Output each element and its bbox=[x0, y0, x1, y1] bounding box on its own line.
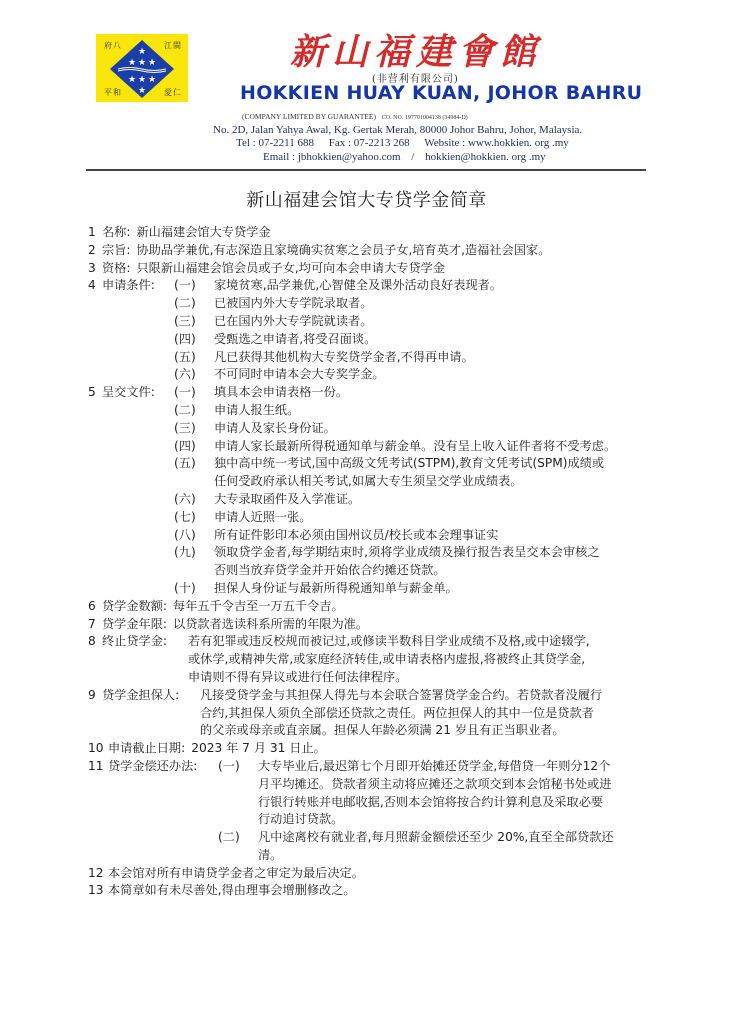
section-text: 每年五千令吉至一万五千令吉。 bbox=[173, 598, 344, 616]
item-marker: (四) bbox=[174, 331, 214, 349]
svg-text:★: ★ bbox=[138, 86, 146, 96]
item-text: 大专录取函件及入学准证。 bbox=[214, 491, 360, 509]
section-label: 名称: bbox=[102, 224, 130, 242]
section-number: 8 bbox=[88, 633, 102, 686]
list-item: (五)独中高中统一考试,国中高级文凭考试(STPM),教育文凭考试(SPM)成绩… bbox=[174, 455, 616, 491]
list-item: (二)申请人报生纸。 bbox=[174, 402, 616, 420]
document-page: ★ ★★★ ★★★ ★ 府八 江閩 平和 愛仁 新山福建會館 (非营利有限公司)… bbox=[0, 0, 733, 1024]
section-number: 3 bbox=[88, 260, 102, 278]
section-text: 协助品学兼优,有志深造且家境确实贫寒之会员子女,培育英才,造福社会国家。 bbox=[136, 242, 550, 260]
section-label: 贷学金数额: bbox=[102, 598, 167, 616]
item-text: 家境贫寒,品学兼优,心智健全及课外活动良好表现者。 bbox=[214, 277, 502, 295]
item-text: 担保人身份证与最新所得税通知单与薪金单。 bbox=[214, 580, 458, 598]
list-item: (一) 大专毕业后,最迟第七个月即开始摊还贷学金,每借贷一年则分12个 月平均摊… bbox=[218, 758, 614, 829]
item-text-continued: 否则当放弃贷学金并开始依合约摊还贷款。 bbox=[214, 562, 600, 580]
logo-corner-text: 府八 bbox=[104, 40, 122, 51]
section-text: 以贷款者选读科系所需的年限为准。 bbox=[173, 616, 368, 634]
item-text: 已在国内外大专学院就读者。 bbox=[214, 313, 372, 331]
item-text: 申请人家长最新所得税通知单与薪金单。没有呈上收入证件者将不受考虑。 bbox=[214, 438, 616, 456]
text-line: 申请则不得有异议或进行任何法律程序。 bbox=[188, 669, 590, 687]
section-label: 申请条件: bbox=[102, 277, 174, 384]
section-items: (一) 大专毕业后,最迟第七个月即开始摊还贷学金,每借贷一年则分12个 月平均摊… bbox=[218, 758, 614, 865]
item-text: 已被国内外大专学院录取者。 bbox=[214, 295, 372, 313]
org-email-line: Email : jbhokkien@yahoo.com / hokkien@ho… bbox=[263, 151, 546, 163]
list-item: (一)家境贫寒,品学兼优,心智健全及课外活动良好表现者。 bbox=[174, 277, 502, 295]
item-marker: (一) bbox=[218, 758, 258, 829]
item-marker: (七) bbox=[174, 509, 214, 527]
logo-corner-text: 平和 bbox=[104, 87, 122, 98]
section-label: 贷学金年限: bbox=[102, 616, 167, 634]
item-text: 所有证件影印本必须由国州议员/校长或本会理事证实 bbox=[214, 527, 498, 545]
website-link[interactable]: Website : www.hokkien. org .my bbox=[424, 137, 569, 149]
section-number: 6 bbox=[88, 598, 102, 616]
section-number: 9 bbox=[88, 687, 102, 740]
list-item: (三)申请人及家长身份证。 bbox=[174, 420, 616, 438]
item-marker: (五) bbox=[174, 349, 214, 367]
item-text-continued: 任何受政府承认相关考试,如属大专生须呈交学业成绩表。 bbox=[214, 473, 604, 491]
text-line: 或休学,或精神失常,或家庭经济转佳,或申请表格内虚报,将被终止其贷学金, bbox=[188, 651, 590, 669]
list-item: (六)不可同时申请本会大专奖学金。 bbox=[174, 366, 502, 384]
section-8: 8 终止贷学金: 若有犯罪或违反校规而被记过,或修读半数科目学业成绩不及格,或中… bbox=[88, 633, 668, 686]
section-7: 7 贷学金年限: 以贷款者选读科系所需的年限为准。 bbox=[88, 616, 668, 634]
section-11: 11 贷学金偿还办法: (一) 大专毕业后,最迟第七个月即开始摊还贷学金,每借贷… bbox=[88, 758, 668, 865]
text-line: 合约,其担保人须负全部偿还贷款之责任。两位担保人的其中一位是贷款者 bbox=[200, 705, 602, 723]
item-marker: (二) bbox=[174, 295, 214, 313]
svg-text:★: ★ bbox=[138, 58, 146, 68]
item-text: 领取贷学金者,每学期结束时,须将学业成绩及操行报告表呈交本会审核之 bbox=[214, 544, 600, 562]
company-registration: (COMPANY LIMITED BY GUARANTEE) CO. NO. 1… bbox=[242, 112, 468, 121]
item-marker: (二) bbox=[218, 829, 258, 865]
list-item: (二) 凡中途离校有就业者,每月照薪金额偿还至少 20%,直至全部贷款还 清。 bbox=[218, 829, 614, 865]
section-label: 呈交文件: bbox=[102, 384, 174, 598]
section-label: 终止贷学金: bbox=[102, 633, 188, 686]
svg-text:★: ★ bbox=[148, 58, 156, 68]
text-line: 大专毕业后,最迟第七个月即开始摊还贷学金,每借贷一年则分12个 bbox=[258, 758, 611, 776]
section-13: 13 本简章如有未尽善处,得由理事会增删修改之。 bbox=[88, 882, 668, 900]
item-marker: (一) bbox=[174, 384, 214, 402]
item-marker: (十) bbox=[174, 580, 214, 598]
item-text: 填具本会申请表格一份。 bbox=[214, 384, 348, 402]
list-item: (二)已被国内外大专学院录取者。 bbox=[174, 295, 502, 313]
item-text: 凡已获得其他机构大专奖贷学金者,不得再申请。 bbox=[214, 349, 474, 367]
item-marker: (六) bbox=[174, 366, 214, 384]
document-title: 新山福建会馆大专贷学金简章 bbox=[0, 186, 733, 212]
svg-text:★: ★ bbox=[128, 75, 136, 85]
document-body: 1 名称: 新山福建会馆大专贷学金 2 宗旨: 协助品学兼优,有志深造且家境确实… bbox=[88, 224, 668, 900]
section-10: 10 申请截止日期: 2023 年 7 月 31 日止。 bbox=[88, 740, 668, 758]
item-text: 申请人及家长身份证。 bbox=[214, 420, 336, 438]
text-line: 行动追讨贷款。 bbox=[258, 811, 611, 829]
svg-text:★: ★ bbox=[128, 58, 136, 68]
section-number: 4 bbox=[88, 277, 102, 384]
item-marker: (五) bbox=[174, 455, 214, 491]
section-9: 9 贷学金担保人: 凡接受贷学金与其担保人得先与本会联合签署贷学金合约。若贷款者… bbox=[88, 687, 668, 740]
section-lines: 凡接受贷学金与其担保人得先与本会联合签署贷学金合约。若贷款者没履行 合约,其担保… bbox=[200, 687, 602, 740]
svg-text:★: ★ bbox=[148, 75, 156, 85]
item-marker: (三) bbox=[174, 420, 214, 438]
header-divider bbox=[86, 169, 646, 171]
text-line: 行银行转账并电邮收据,否则本会馆将按合约计算利息及采取必要 bbox=[258, 794, 611, 812]
section-label: 宗旨: bbox=[102, 242, 130, 260]
list-item: (六)大专录取函件及入学准证。 bbox=[174, 491, 616, 509]
telephone: Tel : 07-2211 688 bbox=[236, 137, 314, 149]
svg-text:★: ★ bbox=[138, 47, 146, 57]
org-name-chinese: 新山福建會館 bbox=[290, 24, 542, 75]
section-items: (一)家境贫寒,品学兼优,心智健全及课外活动良好表现者。 (二)已被国内外大专学… bbox=[174, 277, 502, 384]
email-separator: / bbox=[411, 151, 414, 163]
section-number: 5 bbox=[88, 384, 102, 598]
email-link-2[interactable]: hokkien@hokkien. org .my bbox=[425, 151, 546, 163]
list-item: (三)已在国内外大专学院就读者。 bbox=[174, 313, 502, 331]
item-marker: (二) bbox=[174, 402, 214, 420]
list-item: (五)凡已获得其他机构大专奖贷学金者,不得再申请。 bbox=[174, 349, 502, 367]
section-2: 2 宗旨: 协助品学兼优,有志深造且家境确实贫寒之会员子女,培育英才,造福社会国… bbox=[88, 242, 668, 260]
text-line: 的父亲或母亲或直亲属。担保人年龄必须满 21 岁且有正当职业者。 bbox=[200, 722, 602, 740]
section-6: 6 贷学金数额: 每年五千令吉至一万五千令吉。 bbox=[88, 598, 668, 616]
item-text: 申请人报生纸。 bbox=[214, 402, 299, 420]
section-text: 新山福建会馆大专贷学金 bbox=[136, 224, 270, 242]
section-4: 4 申请条件: (一)家境贫寒,品学兼优,心智健全及课外活动良好表现者。 (二)… bbox=[88, 277, 668, 384]
text-line: 凡接受贷学金与其担保人得先与本会联合签署贷学金合约。若贷款者没履行 bbox=[200, 687, 602, 705]
item-marker: (三) bbox=[174, 313, 214, 331]
org-name-english: HOKKIEN HUAY KUAN, JOHOR BAHRU bbox=[240, 82, 642, 104]
item-text: 受甄选之申请者,将受召面谈。 bbox=[214, 331, 376, 349]
item-marker: (六) bbox=[174, 491, 214, 509]
text-line: 月平均摊还。贷款者须主动将应摊还之款项交到本会馆秘书处或进 bbox=[258, 776, 611, 794]
logo-corner-text: 江閩 bbox=[164, 40, 182, 51]
section-number: 12 bbox=[88, 865, 108, 883]
item-text: 申请人近照一张。 bbox=[214, 509, 312, 527]
list-item: (九)领取贷学金者,每学期结束时,须将学业成绩及操行报告表呈交本会审核之否则当放… bbox=[174, 544, 616, 580]
list-item: (十)担保人身份证与最新所得税通知单与薪金单。 bbox=[174, 580, 616, 598]
section-text: 2023 年 7 月 31 日止。 bbox=[191, 740, 326, 758]
section-items: (一)填具本会申请表格一份。 (二)申请人报生纸。 (三)申请人及家长身份证。 … bbox=[174, 384, 616, 598]
section-number: 2 bbox=[88, 242, 102, 260]
list-item: (一)填具本会申请表格一份。 bbox=[174, 384, 616, 402]
section-1: 1 名称: 新山福建会馆大专贷学金 bbox=[88, 224, 668, 242]
section-number: 1 bbox=[88, 224, 102, 242]
text-line: 清。 bbox=[258, 847, 614, 865]
item-marker: (一) bbox=[174, 277, 214, 295]
section-label: 贷学金担保人: bbox=[102, 687, 200, 740]
item-marker: (九) bbox=[174, 544, 214, 580]
list-item: (八)所有证件影印本必须由国州议员/校长或本会理事证实 bbox=[174, 527, 616, 545]
org-contact-line: Tel : 07-2211 688 Fax : 07-2213 268 Webs… bbox=[236, 137, 581, 149]
company-number: CO. NO. 197701004138 (34984-D) bbox=[382, 115, 468, 121]
list-item: (四)受甄选之申请者,将受召面谈。 bbox=[174, 331, 502, 349]
association-logo: ★ ★★★ ★★★ ★ 府八 江閩 平和 愛仁 bbox=[96, 34, 188, 102]
list-item: (四)申请人家长最新所得税通知单与薪金单。没有呈上收入证件者将不受考虑。 bbox=[174, 438, 616, 456]
company-type: (COMPANY LIMITED BY GUARANTEE) bbox=[242, 112, 376, 121]
section-12: 12 本会馆对所有申请贷学金者之审定为最后决定。 bbox=[88, 865, 668, 883]
section-label: 贷学金偿还办法: bbox=[108, 758, 218, 865]
section-3: 3 资格: 只限新山福建会馆会员或子女,均可向本会申请大专贷学金 bbox=[88, 260, 668, 278]
item-marker: (八) bbox=[174, 527, 214, 545]
item-text: 不可同时申请本会大专奖学金。 bbox=[214, 366, 385, 384]
email-link-1[interactable]: jbhokkien@yahoo.com bbox=[298, 151, 401, 163]
section-label: 申请截止日期: bbox=[108, 740, 185, 758]
logo-corner-text: 愛仁 bbox=[164, 87, 182, 98]
section-number: 10 bbox=[88, 740, 108, 758]
svg-text:★: ★ bbox=[138, 75, 146, 85]
section-number: 7 bbox=[88, 616, 102, 634]
text-line: 若有犯罪或违反校规而被记过,或修读半数科目学业成绩不及格,或中途辍学, bbox=[188, 633, 590, 651]
email-label: Email : bbox=[263, 151, 295, 163]
list-item: (七)申请人近照一张。 bbox=[174, 509, 616, 527]
org-address: No. 2D, Jalan Yahya Awal, Kg. Gertak Mer… bbox=[213, 124, 582, 136]
section-text: 只限新山福建会馆会员或子女,均可向本会申请大专贷学金 bbox=[136, 260, 445, 278]
item-marker: (四) bbox=[174, 438, 214, 456]
section-number: 11 bbox=[88, 758, 108, 865]
text-line: 凡中途离校有就业者,每月照薪金额偿还至少 20%,直至全部贷款还 bbox=[258, 829, 614, 847]
section-text: 本简章如有未尽善处,得由理事会增删修改之。 bbox=[108, 882, 356, 900]
fax: Fax : 07-2213 268 bbox=[329, 137, 410, 149]
section-text: 本会馆对所有申请贷学金者之审定为最后决定。 bbox=[108, 865, 364, 883]
section-5: 5 呈交文件: (一)填具本会申请表格一份。 (二)申请人报生纸。 (三)申请人… bbox=[88, 384, 668, 598]
section-lines: 若有犯罪或违反校规而被记过,或修读半数科目学业成绩不及格,或中途辍学, 或休学,… bbox=[188, 633, 590, 686]
section-label: 资格: bbox=[102, 260, 130, 278]
item-text: 独中高中统一考试,国中高级文凭考试(STPM),教育文凭考试(SPM)成绩或 bbox=[214, 455, 604, 473]
section-number: 13 bbox=[88, 882, 108, 900]
